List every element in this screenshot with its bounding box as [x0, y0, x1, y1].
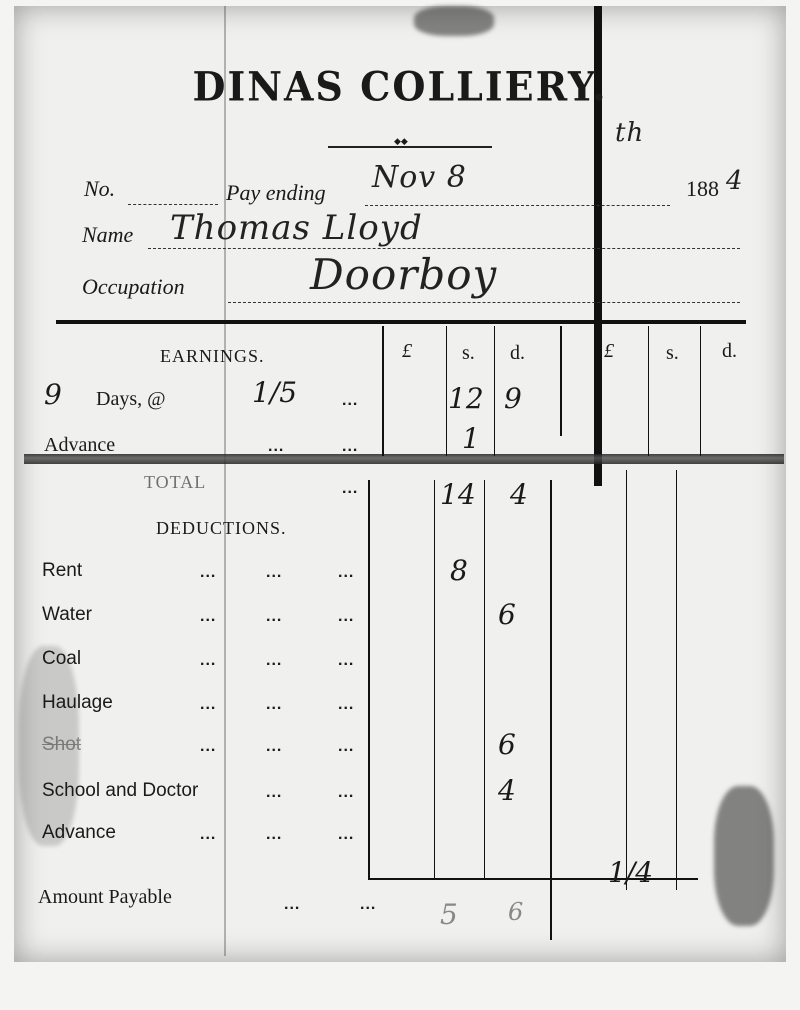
grid-line	[550, 480, 552, 940]
days-shillings: 12	[448, 382, 484, 415]
col-pounds-right: £	[604, 340, 614, 363]
leader-dots: ...	[266, 784, 282, 802]
leader-dots: ...	[338, 564, 354, 582]
leader-dots: ...	[200, 564, 216, 582]
days-label: Days, @	[96, 388, 166, 411]
grid-line	[700, 326, 701, 456]
name-line	[148, 248, 740, 249]
occupation-label: Occupation	[82, 274, 185, 300]
name-value: Thomas Lloyd	[170, 208, 423, 248]
pay-ending-suffix: th	[615, 118, 644, 148]
pay-ending-value: Nov 8	[372, 160, 467, 195]
leader-dots: ...	[338, 826, 354, 844]
col-pounds-left: £	[402, 340, 412, 363]
grid-line	[434, 480, 435, 880]
pay-ending-line	[365, 205, 670, 206]
total-label: TOTAL	[144, 472, 206, 493]
deduction-pence: 6	[498, 598, 516, 631]
leader-dots: ...	[200, 608, 216, 626]
col-pence-right: d.	[722, 340, 737, 363]
leader-dots: ...	[266, 564, 282, 582]
leader-dots: ...	[200, 696, 216, 714]
grid-line	[382, 326, 384, 456]
leader-dots: ...	[338, 738, 354, 756]
leader-dots: ...	[266, 696, 282, 714]
deduction-label: Rent	[42, 560, 82, 582]
deduction-label: Haulage	[42, 692, 113, 714]
days-count: 9	[44, 378, 62, 411]
deduction-label: School and Doctor	[42, 780, 198, 802]
grid-line	[484, 480, 485, 880]
leader-dots: ...	[342, 438, 358, 456]
document-title: DINAS COLLIERY.	[0, 63, 800, 110]
day-rate: 1/5	[252, 376, 297, 409]
leader-dots: ...	[266, 652, 282, 670]
total-shillings: 14	[440, 478, 476, 511]
advance-shillings: 1	[462, 422, 480, 455]
leader-dots: ...	[200, 738, 216, 756]
deductions-total: 1/4	[608, 856, 653, 889]
name-label: Name	[82, 222, 133, 248]
leader-dots: ...	[200, 826, 216, 844]
leader-dots: ...	[342, 480, 358, 498]
advance-label: Advance	[44, 434, 115, 457]
leader-dots: ...	[284, 896, 300, 914]
deduction-pence: 6	[498, 728, 516, 761]
leader-dots: ...	[200, 652, 216, 670]
grid-line	[446, 326, 447, 456]
col-pence-left: d.	[510, 342, 525, 365]
deduction-shillings: 8	[450, 554, 468, 587]
days-pence: 9	[504, 382, 522, 415]
deduction-label: Shot	[42, 734, 81, 756]
leader-dots: ...	[266, 738, 282, 756]
col-shillings-left: s.	[462, 342, 475, 365]
grid-line	[368, 480, 370, 880]
stain	[414, 6, 494, 36]
year-handwritten: 4	[726, 166, 744, 196]
leader-dots: ...	[266, 608, 282, 626]
deduction-pence: 4	[498, 774, 516, 807]
amount-payable-label: Amount Payable	[38, 886, 172, 909]
fold-crease	[224, 6, 226, 956]
header-rule	[56, 320, 746, 324]
amount-payable-pence: 6	[508, 898, 523, 926]
grid-line	[676, 470, 677, 890]
leader-dots: ...	[342, 392, 358, 410]
col-shillings-right: s.	[666, 342, 679, 365]
deduction-label: Advance	[42, 822, 116, 844]
leader-dots: ...	[266, 826, 282, 844]
fold-crease-horizontal	[24, 454, 784, 464]
no-line	[128, 204, 218, 205]
grid-line	[626, 470, 627, 890]
leader-dots: ...	[268, 438, 284, 456]
stain	[714, 786, 774, 926]
grid-line	[648, 326, 649, 456]
grid-line	[560, 326, 562, 436]
leader-dots: ...	[338, 696, 354, 714]
amount-payable-shillings: 5	[440, 898, 458, 931]
occupation-value: Doorboy	[310, 250, 497, 299]
ornament-divider	[328, 146, 492, 148]
occupation-line	[228, 302, 740, 303]
no-label: No.	[84, 176, 115, 202]
deductions-heading: DEDUCTIONS.	[156, 518, 287, 539]
grid-line	[494, 326, 495, 456]
deduction-label: Water	[42, 604, 92, 626]
leader-dots: ...	[360, 896, 376, 914]
total-pence: 4	[510, 478, 528, 511]
earnings-heading: EARNINGS.	[160, 346, 265, 367]
leader-dots: ...	[338, 784, 354, 802]
pay-ending-label: Pay ending	[226, 180, 326, 206]
year-printed: 188	[686, 176, 719, 202]
pay-slip	[14, 6, 786, 962]
leader-dots: ...	[338, 652, 354, 670]
deduction-label: Coal	[42, 648, 81, 670]
leader-dots: ...	[338, 608, 354, 626]
